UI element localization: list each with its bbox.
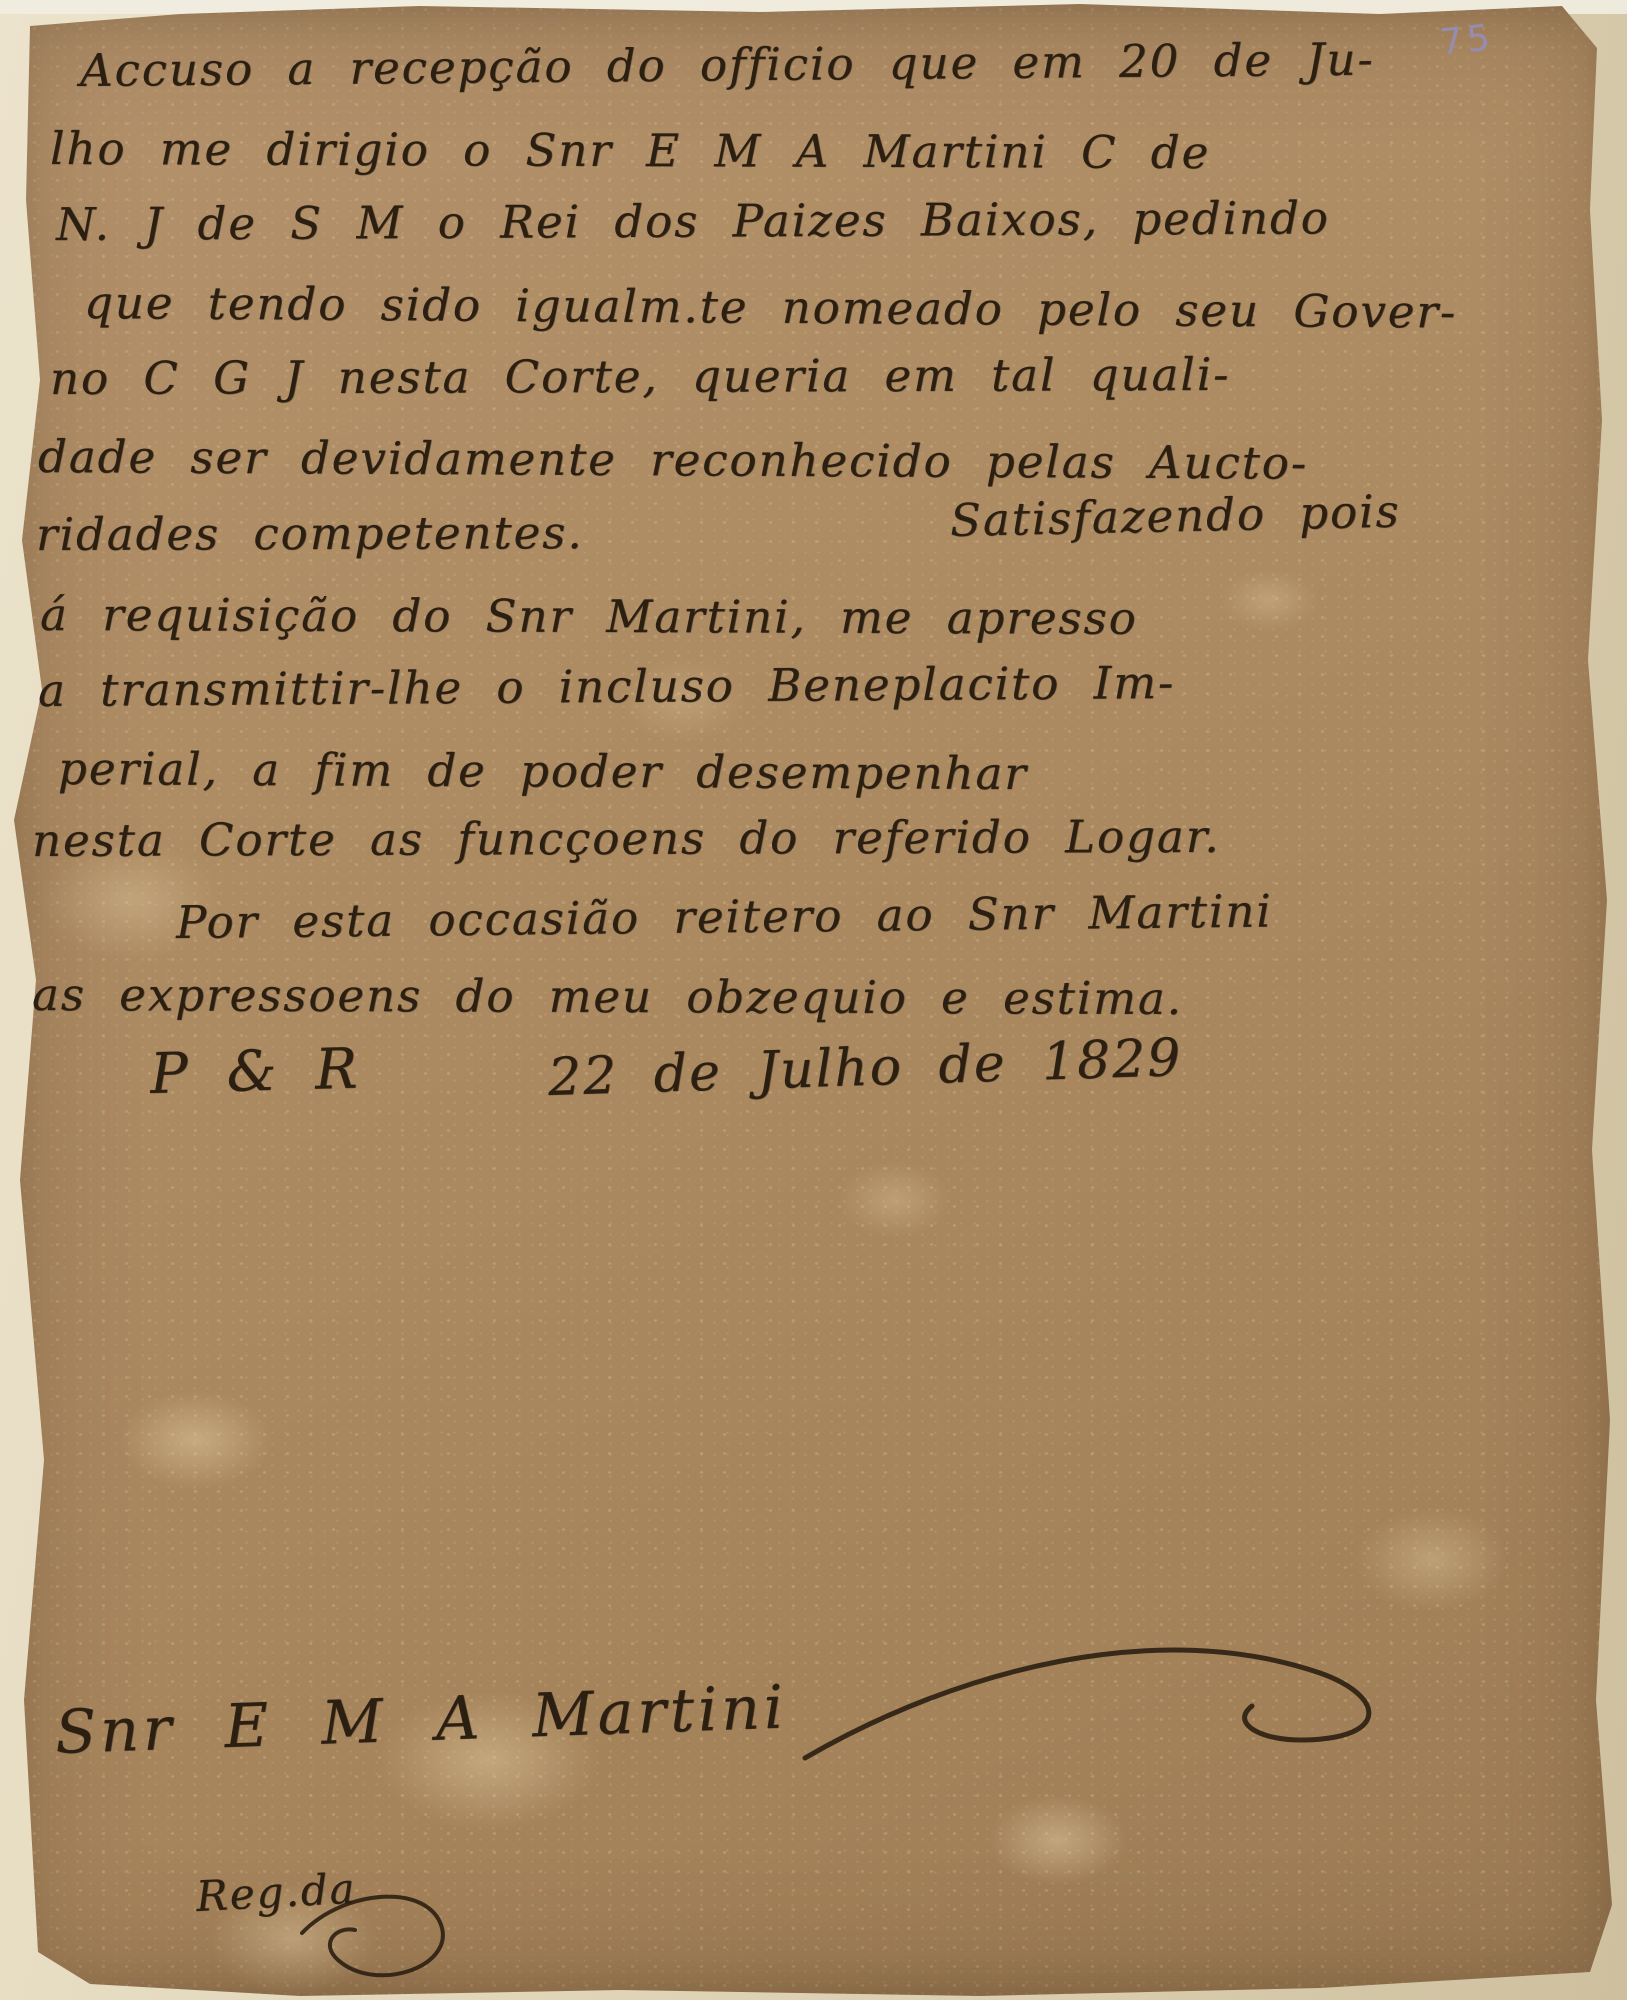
letter-line-5: no C G J nesta Corte, queria em tal qual… — [50, 348, 1230, 405]
registration-note: Reg.da — [195, 1864, 358, 1921]
letter-line-9: a transmittir-lhe o incluso Beneplacito … — [38, 656, 1176, 717]
letter-line-7: ridades competentes. — [36, 506, 584, 561]
letter-line-6: dade ser devidamente reconhecido pelas A… — [38, 430, 1308, 490]
letter-line-3: N. J de S M o Rei dos Paizes Baixos, ped… — [56, 191, 1330, 251]
letter-line-1: Accuso a recepção do officio que em 20 d… — [80, 33, 1375, 97]
letter-line-7-right: Satisfazendo pois — [949, 485, 1401, 547]
letter-line-13: as expressoens do meu obzequio e estima. — [32, 968, 1183, 1025]
letter-line-4: que tendo sido igualm.te nomeado pelo se… — [84, 276, 1458, 339]
scanned-manuscript-letter: 75 Accuso a recepção do officio que em 2… — [0, 0, 1627, 2000]
archival-pencil-page-number: 75 — [1438, 17, 1496, 63]
letter-line-11: nesta Corte as funcçoens do referido Log… — [32, 810, 1221, 867]
letter-line-2: lho me dirigio o Snr E M A Martini C de — [50, 122, 1210, 179]
closing-valediction: P & R — [149, 1037, 360, 1107]
letter-line-8: á requisição do Snr Martini, me apresso — [40, 588, 1138, 645]
letter-line-10: perial, a fim de poder desempenhar — [58, 742, 1028, 800]
